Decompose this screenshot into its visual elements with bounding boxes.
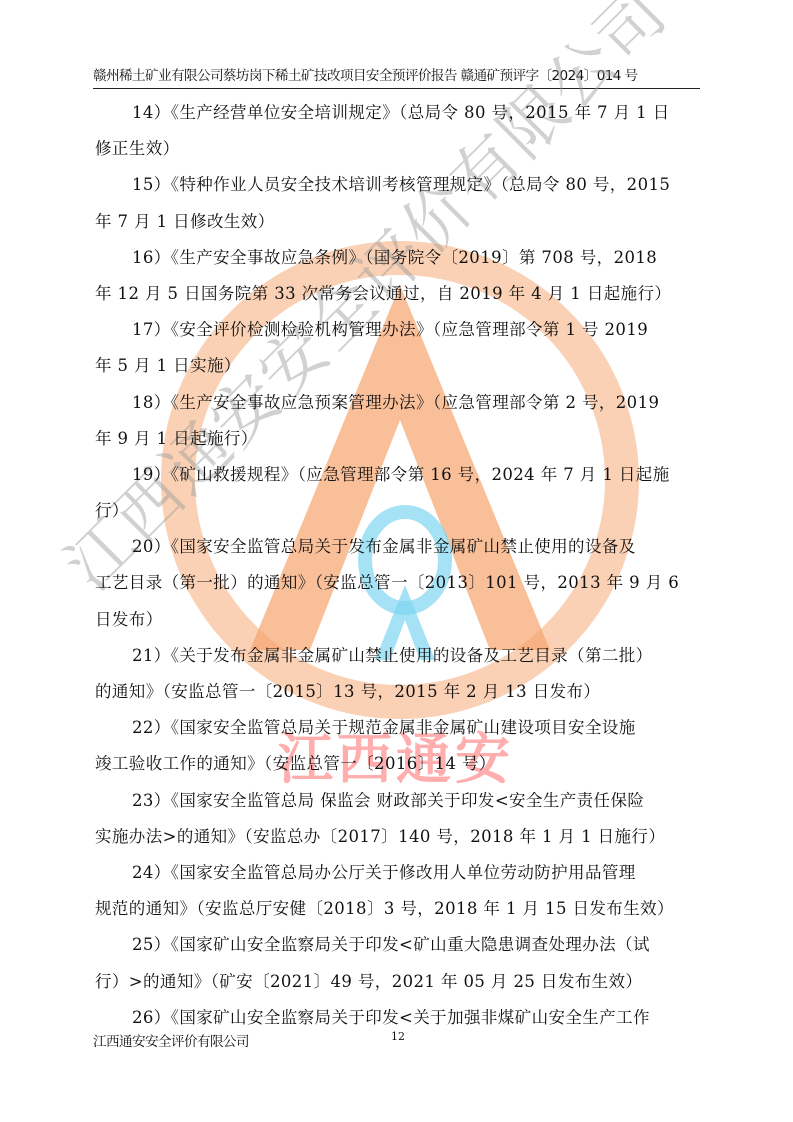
text-line: 19）《矿山救援规程》（应急管理部令第 16 号，2024 年 7 月 1 日起… <box>95 457 700 493</box>
footer-company: 江西通安安全评价有限公司 <box>93 1030 249 1050</box>
text-line: 规范的通知》（安监总厅安健〔2018〕3 号，2018 年 1 月 15 日发布… <box>95 891 700 927</box>
text-line: 行） <box>95 493 700 529</box>
text-line: 23）《国家安全监管总局 保监会 财政部关于印发<安全生产责任保险 <box>95 783 700 819</box>
text-line: 年 9 月 1 日起施行） <box>95 421 700 457</box>
text-line: 年 5 月 1 日实施） <box>95 348 700 384</box>
text-line: 年 12 月 5 日国务院第 33 次常务会议通过，自 2019 年 4 月 1… <box>95 276 700 312</box>
text-line: 22）《国家安全监管总局关于规范金属非金属矿山建设项目安全设施 <box>95 710 700 746</box>
text-line: 的通知》（安监总管一〔2015〕13 号，2015 年 2 月 13 日发布） <box>95 674 700 710</box>
page-number: 12 <box>391 1030 405 1043</box>
text-line: 年 7 月 1 日修改生效） <box>95 204 700 240</box>
text-line: 工艺目录（第一批）的通知》（安监总管一〔2013〕101 号，2013 年 9 … <box>95 565 700 601</box>
document-body: 14）《生产经营单位安全培训规定》（总局令 80 号，2015 年 7 月 1 … <box>95 95 700 1036</box>
text-line: 行）>的通知》（矿安〔2021〕49 号，2021 年 05 月 25 日发布生… <box>95 964 700 1000</box>
text-line: 实施办法>的通知》（安监总办〔2017〕140 号，2018 年 1 月 1 日… <box>95 819 700 855</box>
text-line: 日发布） <box>95 602 700 638</box>
text-line: 17）《安全评价检测检验机构管理办法》（应急管理部令第 1 号 2019 <box>95 312 700 348</box>
text-line: 24）《国家安全监管总局办公厅关于修改用人单位劳动防护用品管理 <box>95 855 700 891</box>
text-line: 15）《特种作业人员安全技术培训考核管理规定》（总局令 80 号，2015 <box>95 167 700 203</box>
text-line: 修正生效） <box>95 131 700 167</box>
text-line: 20）《国家安全监管总局关于发布金属非金属矿山禁止使用的设备及 <box>95 529 700 565</box>
text-line: 竣工验收工作的通知》（安监总管一〔2016〕14 号） <box>95 746 700 782</box>
text-line: 18）《生产安全事故应急预案管理办法》（应急管理部令第 2 号，2019 <box>95 385 700 421</box>
text-line: 25）《国家矿山安全监察局关于印发<矿山重大隐患调查处理办法（试 <box>95 927 700 963</box>
text-line: 14）《生产经营单位安全培训规定》（总局令 80 号，2015 年 7 月 1 … <box>95 95 700 131</box>
text-line: 21）《关于发布金属非金属矿山禁止使用的设备及工艺目录（第二批） <box>95 638 700 674</box>
document-page: 赣州稀土矿业有限公司蔡坊岗下稀土矿技改项目安全预评价报告 赣通矿预评字〔2024… <box>0 0 793 1122</box>
text-line: 16）《生产安全事故应急条例》（国务院令〔2019〕第 708 号，2018 <box>95 240 700 276</box>
